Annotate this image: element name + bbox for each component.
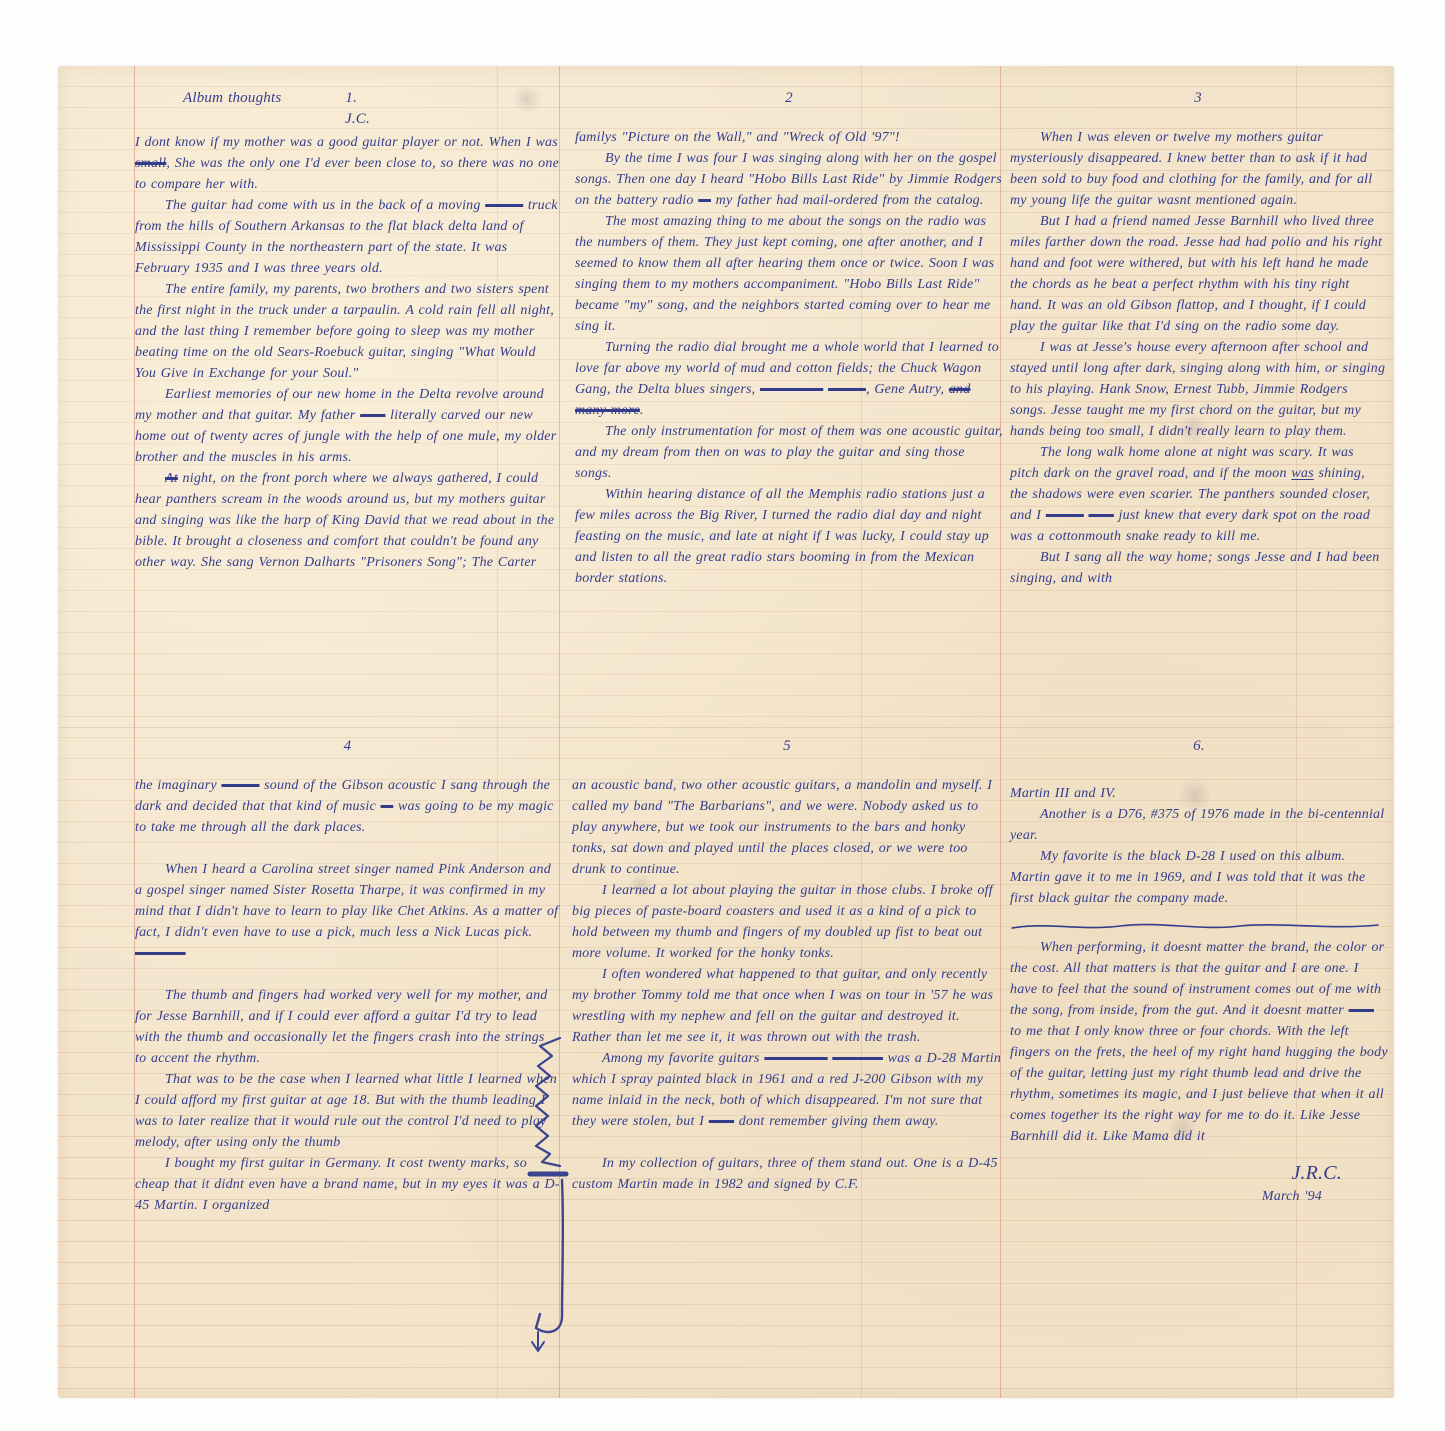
handwritten-paragraph: My favorite is the black D-28 I used on … [1010, 846, 1388, 909]
handwritten-paragraph: The most amazing thing to me about the s… [575, 211, 1003, 337]
handwritten-paragraph: When I was eleven or twelve my mothers g… [1010, 127, 1386, 211]
handwritten-paragraph: That was to be the case when I learned w… [135, 1069, 560, 1153]
margin-bracket-doodle [522, 1028, 576, 1358]
page-number: 3 [1010, 88, 1386, 109]
page-number: 6. [1010, 736, 1388, 757]
handwritten-paragraph: Earliest memories of our new home in the… [135, 384, 560, 468]
handwritten-paragraph: Among my favorite guitars ————— ———— was… [572, 1048, 1002, 1132]
page-number: 1. [345, 88, 357, 109]
handwritten-paragraph: But I had a friend named Jesse Barnhill … [1010, 211, 1386, 337]
handwritten-paragraph: I dont know if my mother was a good guit… [135, 132, 560, 195]
page-title: Album thoughts [183, 88, 281, 109]
page-number: 4 [135, 736, 560, 757]
handwritten-paragraph: At night, on the front porch where we al… [135, 468, 560, 573]
handwritten-paragraph: I bought my first guitar in Germany. It … [135, 1153, 560, 1216]
handwritten-paragraph: Martin III and IV. [1010, 783, 1388, 804]
page-5: 5 an acoustic band, two other acoustic g… [572, 736, 1002, 1195]
handwritten-paragraph: By the time I was four I was singing alo… [575, 148, 1003, 211]
handwritten-paragraph: The only instrumentation for most of the… [575, 421, 1003, 484]
handwritten-paragraph: The long walk home alone at night was sc… [1010, 442, 1386, 547]
handwritten-paragraph: But I sang all the way home; songs Jesse… [1010, 547, 1386, 589]
handwritten-paragraph: familys "Picture on the Wall," and "Wrec… [575, 127, 1003, 148]
down-arrow-icon [532, 1332, 544, 1351]
handwritten-paragraph: Within hearing distance of all the Memph… [575, 484, 1003, 589]
handwritten-paragraph: I was at Jesse's house every afternoon a… [1010, 337, 1386, 442]
handwritten-paragraph: Another is a D76, #375 of 1976 made in t… [1010, 804, 1388, 846]
page-number: 2 [575, 88, 1003, 109]
date-note: March '94 [1010, 1186, 1388, 1207]
page-number: 5 [572, 736, 1002, 757]
handwritten-paragraph: The entire family, my parents, two broth… [135, 279, 560, 384]
handwritten-paragraph: I learned a lot about playing the guitar… [572, 880, 1002, 964]
handwritten-paragraph: The thumb and fingers had worked very we… [135, 985, 560, 1069]
handwritten-paragraph: When I heard a Carolina street singer na… [135, 859, 560, 964]
handwritten-paragraph: the imaginary ——— sound of the Gibson ac… [135, 775, 560, 838]
handwritten-paragraph: The guitar had come with us in the back … [135, 195, 560, 279]
page-1: Album thoughts 1. J.C. I dont know if my… [135, 88, 560, 573]
fold-crease [58, 727, 1394, 728]
page-6: 6. Martin III and IV. Another is a D76, … [1010, 736, 1388, 1207]
document-scan: Album thoughts 1. J.C. I dont know if my… [0, 0, 1445, 1431]
handwritten-paragraph: Turning the radio dial brought me a whol… [575, 337, 1003, 421]
page-2: 2 familys "Picture on the Wall," and "Wr… [575, 88, 1003, 589]
wavy-divider [1010, 919, 1380, 933]
handwritten-paragraph: In my collection of guitars, three of th… [572, 1153, 1002, 1195]
author-initials: J.C. [345, 109, 560, 130]
signature: J.R.C. [1010, 1163, 1388, 1184]
handwritten-paragraph: When performing, it doesnt matter the br… [1010, 937, 1388, 1147]
page-4: 4 the imaginary ——— sound of the Gibson … [135, 736, 560, 1216]
handwritten-paragraph: an acoustic band, two other acoustic gui… [572, 775, 1002, 880]
page-3: 3 When I was eleven or twelve my mothers… [1010, 88, 1386, 589]
handwritten-paragraph: I often wondered what happened to that g… [572, 964, 1002, 1048]
